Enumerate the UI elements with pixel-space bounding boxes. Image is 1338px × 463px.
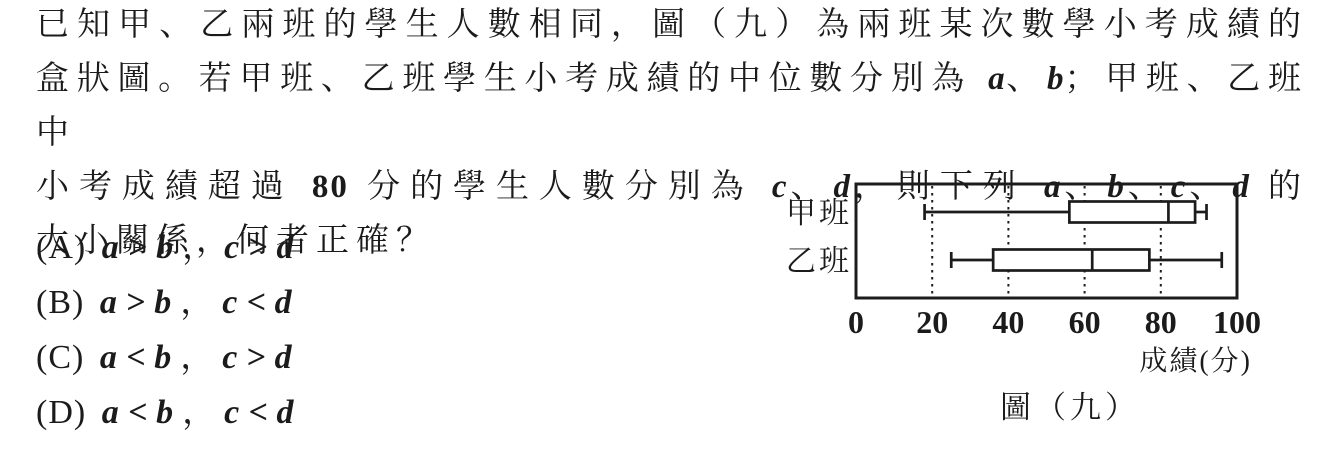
text-segment: 、 xyxy=(1006,61,1047,97)
text-segment: < xyxy=(240,394,276,431)
text-segment: > xyxy=(120,229,156,266)
text-segment: < xyxy=(238,284,274,321)
tick-label-3: 60 xyxy=(1069,304,1101,340)
tick-label-1: 20 xyxy=(916,304,948,340)
text-segment: 小考成績超過 xyxy=(36,169,312,205)
text-segment: (B) xyxy=(36,284,100,321)
text-segment: 80 xyxy=(312,169,349,205)
text-segment: d xyxy=(275,284,293,321)
problem-line-2: 盒狀圖。若甲班、乙班學生小考成績的中位數分別為 a、b；甲班、乙班中 xyxy=(36,52,1308,160)
text-segment: (D) xyxy=(36,394,102,431)
text-segment: a xyxy=(100,339,118,376)
option-A: (A) a > b，c > d xyxy=(36,220,295,275)
text-segment: < xyxy=(118,339,154,376)
option-D: (D) a < b，c < d xyxy=(36,385,295,440)
text-segment: > xyxy=(118,284,154,321)
text-segment: > xyxy=(238,339,274,376)
text-segment: d xyxy=(277,229,295,266)
text-segment: (A) xyxy=(36,229,102,266)
text-segment: < xyxy=(120,394,156,431)
boxplot-figure: 甲班乙班020406080100成績(分)圖（九） xyxy=(780,178,1338,463)
text-segment: b xyxy=(156,229,174,266)
text-segment: ， xyxy=(172,339,222,376)
tick-label-5: 100 xyxy=(1213,304,1261,340)
text-segment: a xyxy=(100,284,118,321)
problem-line-1: 已知甲、乙兩班的學生人數相同，圖（九）為兩班某次數學小考成績的 xyxy=(36,0,1308,52)
tick-label-4: 80 xyxy=(1145,304,1177,340)
text-segment: (C) xyxy=(36,339,100,376)
text-segment: 分的學生人數分別為 xyxy=(349,169,772,205)
text-segment: 已知甲、乙兩班的學生人數相同，圖（九）為兩班某次數學小考成績的 xyxy=(36,7,1308,43)
text-segment: d xyxy=(277,394,295,431)
text-segment: a xyxy=(102,394,120,431)
text-segment: ， xyxy=(172,284,222,321)
option-C: (C) a < b，c > d xyxy=(36,330,295,385)
text-segment: a xyxy=(102,229,120,266)
figure-caption: 圖（九） xyxy=(1000,390,1140,425)
text-segment: c xyxy=(224,229,240,266)
row-label-1: 乙班 xyxy=(786,245,852,278)
text-segment: c xyxy=(222,284,238,321)
text-segment: c xyxy=(224,394,240,431)
answer-options: (A) a > b，c > d (B) a > b，c < d (C) a < … xyxy=(36,220,295,440)
text-segment: b xyxy=(156,394,174,431)
exam-question-page: 已知甲、乙兩班的學生人數相同，圖（九）為兩班某次數學小考成績的 盒狀圖。若甲班、… xyxy=(0,0,1338,463)
text-segment: b xyxy=(154,339,172,376)
box-0 xyxy=(1069,202,1195,223)
box-1 xyxy=(993,250,1149,271)
text-segment: c xyxy=(222,339,238,376)
tick-label-2: 40 xyxy=(992,304,1024,340)
text-segment: d xyxy=(275,339,293,376)
option-B: (B) a > b，c < d xyxy=(36,275,295,330)
text-segment: 盒狀圖。若甲班、乙班學生小考成績的中位數分別為 xyxy=(36,61,988,97)
text-segment: b xyxy=(1047,61,1065,97)
text-segment: ， xyxy=(174,229,224,266)
row-label-0: 甲班 xyxy=(786,197,852,230)
text-segment: a xyxy=(988,61,1006,97)
tick-label-0: 0 xyxy=(848,304,864,340)
text-segment: > xyxy=(240,229,276,266)
text-segment: ， xyxy=(174,394,224,431)
axis-title: 成績(分) xyxy=(1139,345,1252,377)
text-segment: b xyxy=(154,284,172,321)
